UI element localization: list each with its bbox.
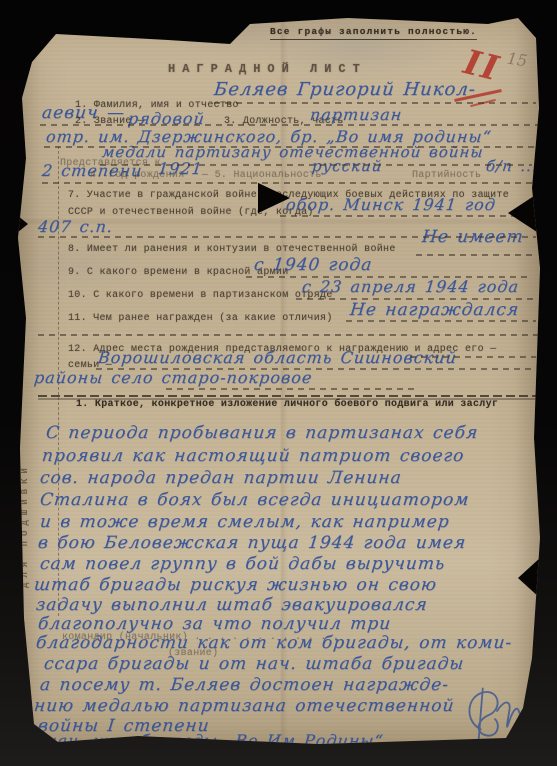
typed-label: 10. С какого времени в партизанском отря… (68, 290, 333, 301)
dashed-rule (38, 334, 538, 336)
dashed-rule (246, 276, 532, 278)
handwritten-entry: штаб бригады рискуя жизнью он свою (33, 576, 438, 595)
handwritten-entry: Сталина в боях был всегда инициатором (39, 491, 470, 510)
handwritten-entry: районы село старо-покровое (33, 369, 313, 387)
handwritten-entry: обор. Минск 1941 год (285, 196, 497, 214)
handwritten-entry: Беляев Григорий Никол- (213, 80, 477, 100)
dashed-rule (40, 124, 538, 126)
dashed-rule (166, 388, 416, 390)
handwritten-entry: 1921 (157, 160, 204, 178)
handwritten-entry: русский (311, 158, 383, 175)
handwritten-entry: С периода пробывания в партизанах себя (45, 424, 479, 443)
dashed-rule (346, 320, 536, 322)
handwritten-entry: ссара бригады и от нач. штаба бригады (43, 655, 465, 674)
typed-label: 11. Чем ранее награжден (за какие отличи… (68, 313, 333, 324)
typed-label: 8. Имеет ли ранения и контузии в отечест… (68, 244, 396, 255)
handwritten-entry: нию медалью партизана отечественной (33, 697, 455, 716)
handwritten-entry: Ворошиловская область Сишновский (97, 349, 458, 367)
document-paper: Все графы заполнить полностью. НАГРАДНОЙ… (18, 18, 540, 744)
handwritten-entry: проявил как настоящий патриот своего (41, 447, 465, 466)
paper-tear-right-mid (518, 558, 540, 598)
dashed-rule (38, 395, 540, 397)
dashed-rule (416, 254, 532, 256)
handwritten-entry: благодарности как от ком бригады, от ком… (35, 634, 513, 653)
dashed-rule (296, 298, 536, 300)
handwritten-entry: партизан (309, 106, 403, 124)
handwritten-entry: Не награждался (349, 301, 520, 320)
handwritten-entry: сов. народа предан партии Ленина (39, 469, 403, 488)
fill-all-fields-stamp: Все графы заполнить полностью. (270, 26, 477, 40)
dashed-rule (280, 215, 532, 217)
typed-label: — 5. Национальность (202, 170, 322, 181)
typed-label: Партийность (412, 170, 481, 181)
pencil-page-number: 15 (506, 49, 529, 71)
dashed-rule (214, 102, 536, 104)
dashed-rule (410, 356, 536, 358)
handwritten-entry: задачу выполнил штаб эвакуировался (35, 596, 429, 615)
paper-tear-left (18, 216, 28, 232)
dashed-rule (42, 182, 534, 184)
dashed-rule (44, 146, 536, 148)
dashed-rule (38, 236, 536, 238)
handwritten-entry: с 23 апреля 1944 года (301, 278, 520, 296)
handwritten-entry: б/п .... (485, 158, 544, 175)
handwritten-entry: и в тоже время смелым, как например (39, 513, 451, 532)
photo-background: { "palette": { "background": "#060504", … (0, 0, 557, 766)
typed-label: 1. Краткое, конкретное изложение личного… (76, 399, 498, 410)
handwritten-entry: сам повел группу в бой дабы выручить (39, 555, 446, 574)
handwritten-entry: нач. шт. бригады „Во Им Родины“ (45, 732, 384, 750)
signature-flourish (446, 680, 544, 748)
filing-margin-note: ДЛЯ ПОДШИВКИ (20, 308, 30, 588)
page-title: НАГРАДНОЙ ЛИСТ (168, 62, 367, 76)
handwritten-entry: с 1940 года (253, 256, 373, 275)
handwritten-entry: благополучно за что получил три (37, 615, 392, 634)
handwritten-entry: а посему т. Беляев достоен награжде- (39, 676, 450, 695)
handwritten-entry: 407 с.п. (37, 218, 114, 236)
dashed-rule (96, 368, 532, 370)
dashed-rule (100, 164, 532, 166)
handwritten-entry: в бою Беловежская пуща 1944 года имея (37, 534, 467, 553)
